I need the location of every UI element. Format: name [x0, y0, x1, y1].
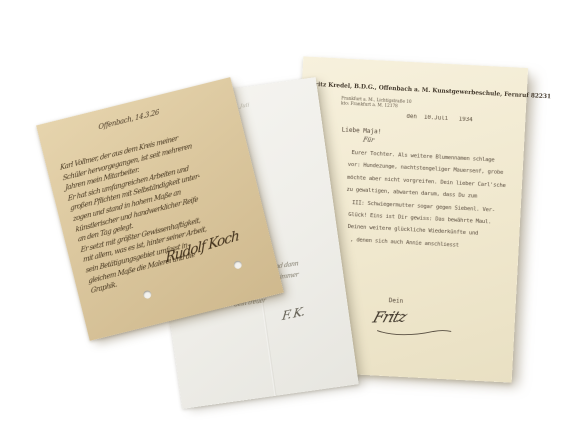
punch-hole [142, 290, 152, 300]
typed-body: Eurer Tochter. Als weitere Blumennamen s… [344, 147, 517, 255]
fk-initials: F. K. [281, 304, 304, 323]
letterhead-address-lines: Frankfurt a. M., Lichtigstraße 10 kto: F… [341, 95, 412, 109]
fritz-signature: Fritz [373, 306, 460, 340]
salutation: Liebe Maja! [341, 126, 381, 135]
handwritten-insertion: Für [362, 137, 374, 144]
koch-dateline: Offenbach, 14.3.26 [98, 108, 159, 131]
typed-dateline: den 10.Juli 1934 [406, 114, 473, 123]
valediction: Dein [389, 297, 404, 305]
photo-of-three-letters: Fritz Kredel, B.D.G., Offenbach a. M. Ku… [0, 0, 570, 424]
punch-hole [233, 260, 243, 270]
signature-flourish [375, 320, 456, 340]
koch-body: Karl Vollmer, der aus dem Kreis meinerSc… [59, 120, 265, 297]
